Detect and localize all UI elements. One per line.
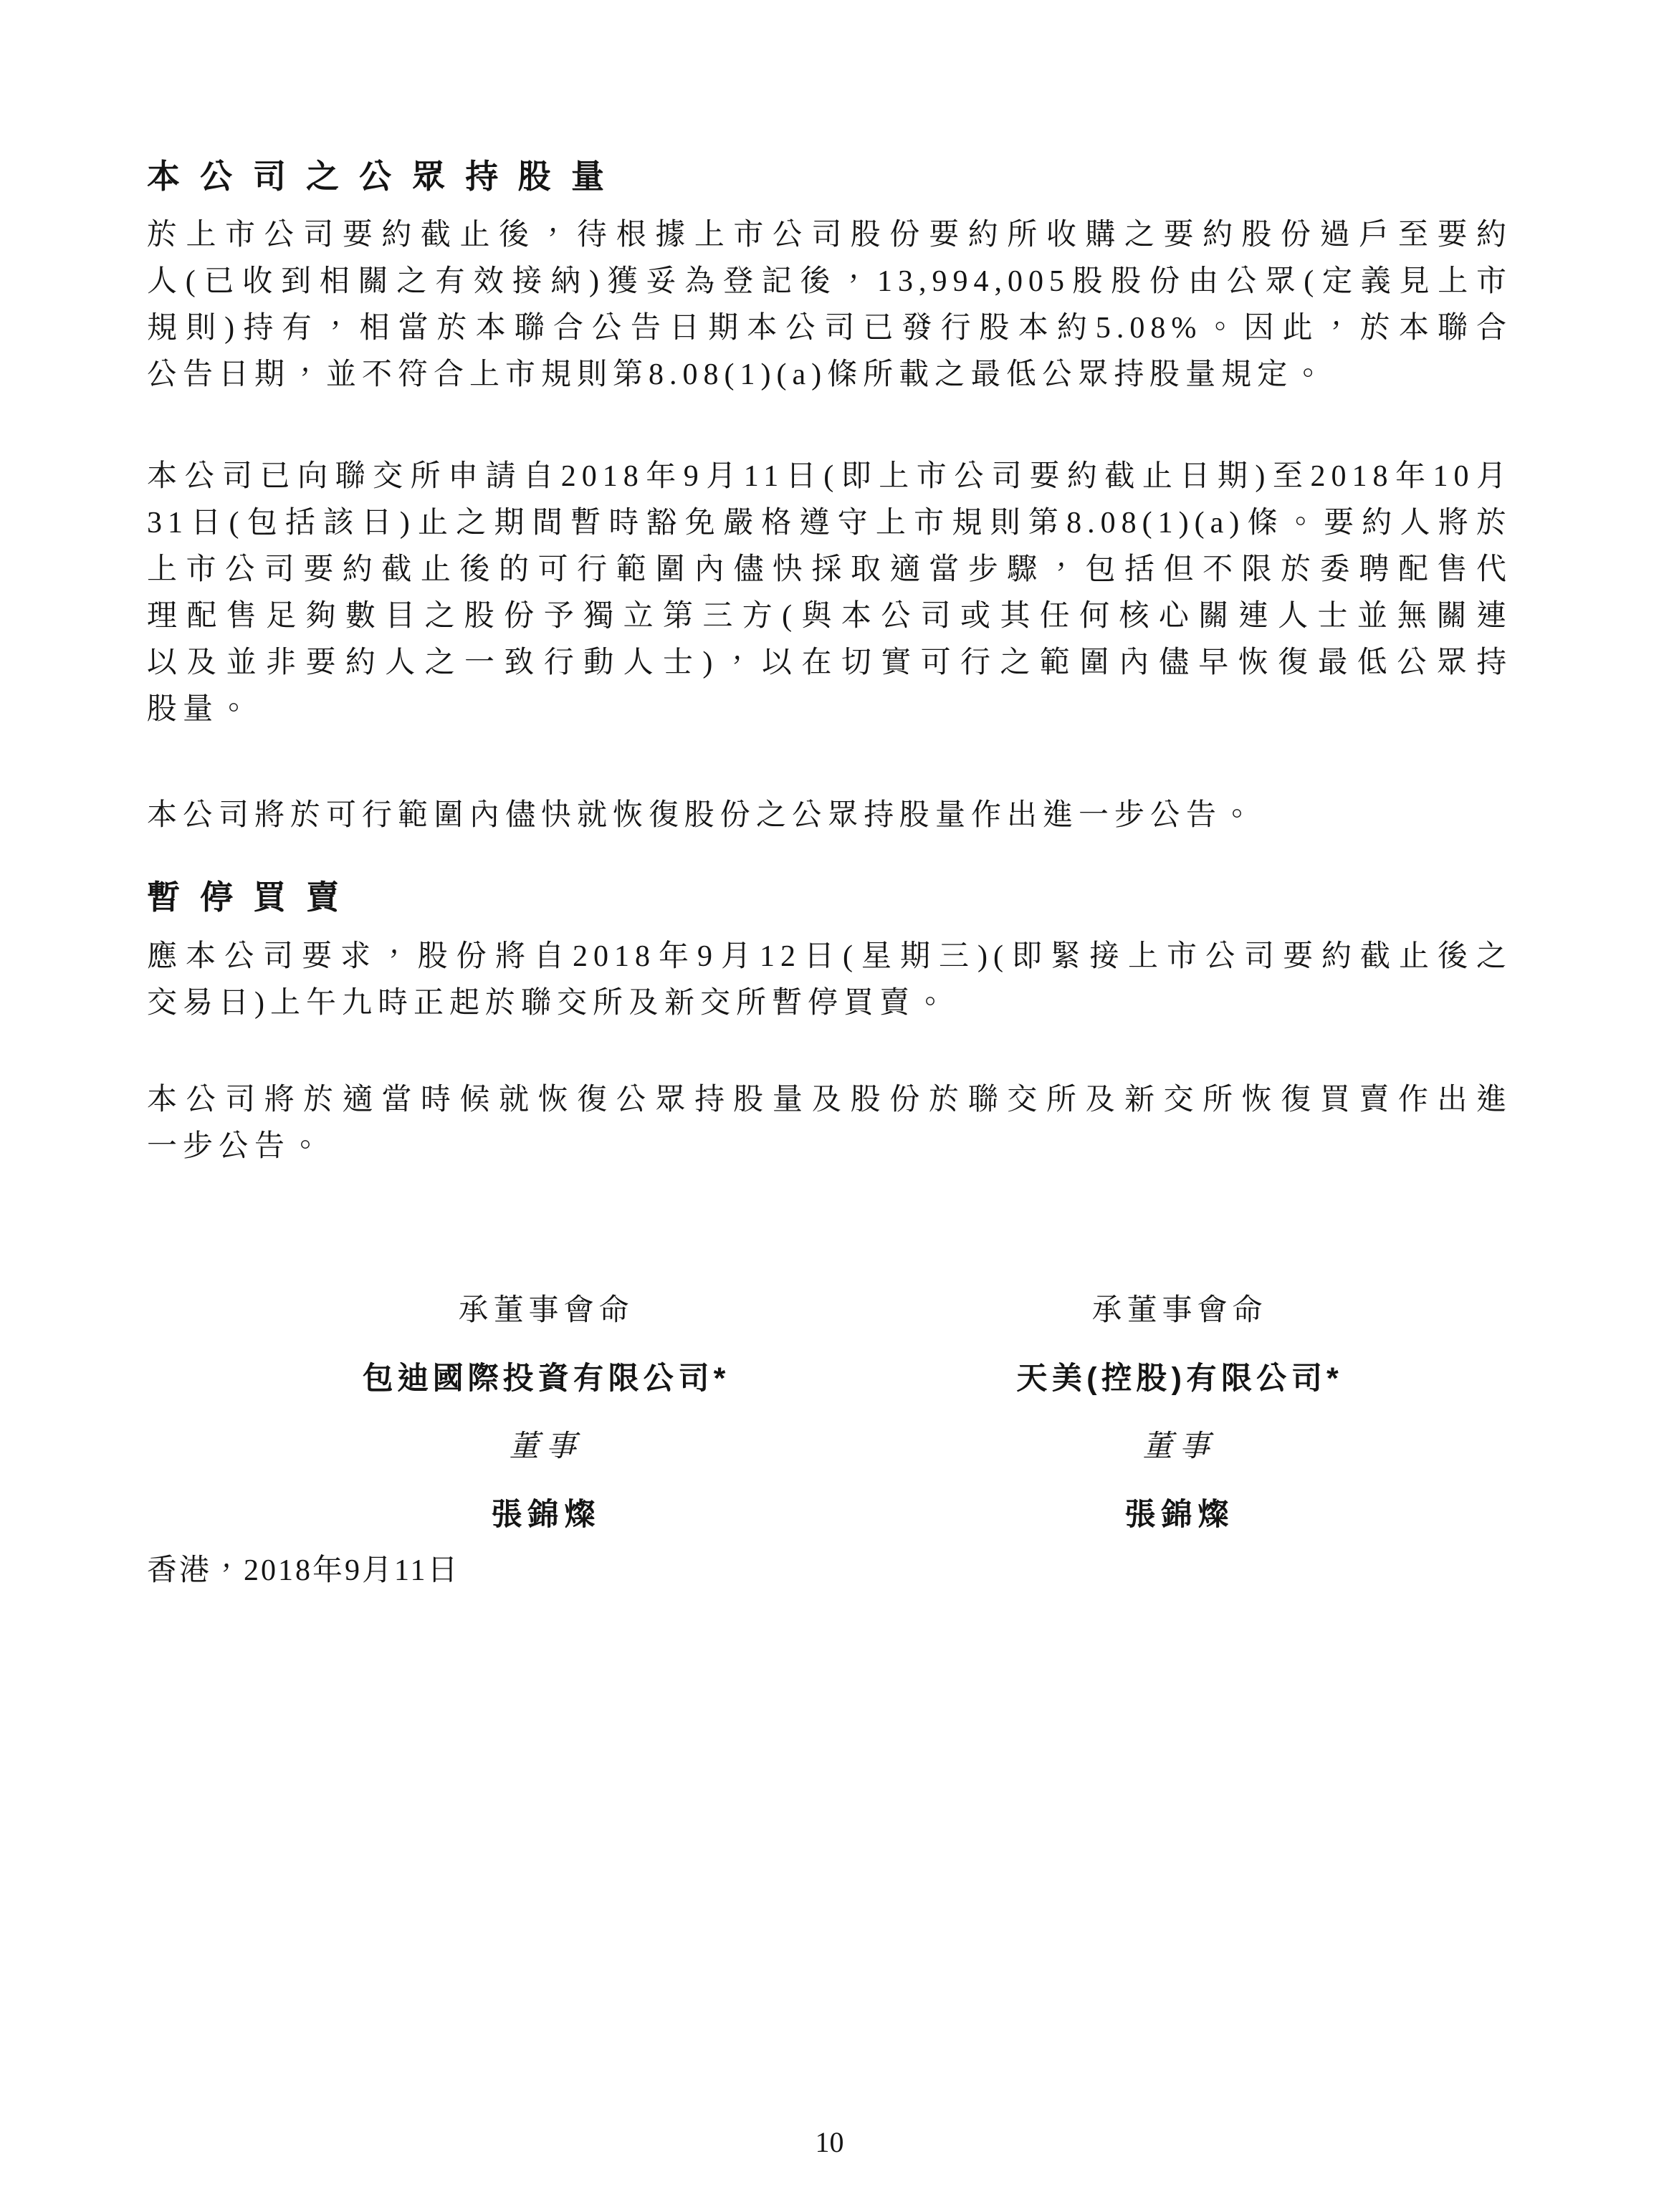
paragraph-public-float-2: 本公司已向聯交所申請自2018年9月11日(即上市公司要約截止日期)至2018年… [147, 454, 1512, 733]
signature-block-right: 承董事會命 天美(控股)有限公司* 董事 張錦燦 [821, 1277, 1538, 1549]
by-order-of-board-label: 承董事會命 [821, 1277, 1538, 1345]
paragraph-line: 人(已收到相關之有效接納)獲妥為登記後，13,994,005股股份由公眾(定義見… [147, 259, 1512, 305]
by-order-of-board-label: 承董事會命 [188, 1277, 904, 1345]
paragraph-line: 本公司將於可行範圍內儘快就恢復股份之公眾持股量作出進一步公告。 [147, 793, 1512, 839]
signatory-title: 董事 [188, 1413, 904, 1481]
paragraph-suspension-2: 本公司將於適當時候就恢復公眾持股量及股份於聯交所及新交所恢復買賣作出進 一步公告… [147, 1077, 1512, 1170]
signatory-name: 張錦燦 [188, 1481, 904, 1549]
paragraph-public-float-3: 本公司將於可行範圍內儘快就恢復股份之公眾持股量作出進一步公告。 [147, 793, 1512, 839]
paragraph-line: 公告日期，並不符合上市規則第8.08(1)(a)條所載之最低公眾持股量規定。 [147, 352, 1512, 398]
dateline: 香港，2018年9月11日 [147, 1548, 459, 1594]
paragraph-line: 一步公告。 [147, 1124, 1512, 1170]
paragraph-line: 本公司已向聯交所申請自2018年9月11日(即上市公司要約截止日期)至2018年… [147, 454, 1512, 500]
section-heading-suspension: 暫停買賣 [147, 876, 1512, 919]
section-heading-public-float: 本公司之公眾持股量 [147, 155, 1512, 198]
paragraph-line: 本公司將於適當時候就恢復公眾持股量及股份於聯交所及新交所恢復買賣作出進 [147, 1077, 1512, 1124]
paragraph-line: 於上市公司要約截止後，待根據上市公司股份要約所收購之要約股份過戶至要約 [147, 212, 1512, 259]
paragraph-line: 31日(包括該日)止之期間暫時豁免嚴格遵守上市規則第8.08(1)(a)條。要約… [147, 500, 1512, 547]
signatory-name: 張錦燦 [821, 1481, 1538, 1549]
paragraph-line: 規則)持有，相當於本聯合公告日期本公司已發行股本約5.08%。因此，於本聯合 [147, 305, 1512, 352]
signatory-title: 董事 [821, 1413, 1538, 1481]
paragraph-line: 交易日)上午九時正起於聯交所及新交所暫停買賣。 [147, 980, 1512, 1027]
paragraph-suspension-1: 應本公司要求，股份將自2018年9月12日(星期三)(即緊接上市公司要約截止後之… [147, 934, 1512, 1027]
document-page: 本公司之公眾持股量 於上市公司要約截止後，待根據上市公司股份要約所收購之要約股份… [0, 0, 1659, 2212]
paragraph-line: 上市公司要約截止後的可行範圍內儘快採取適當步驟，包括但不限於委聘配售代 [147, 547, 1512, 593]
paragraph-line: 應本公司要求，股份將自2018年9月12日(星期三)(即緊接上市公司要約截止後之 [147, 934, 1512, 980]
company-name: 天美(控股)有限公司* [821, 1345, 1538, 1413]
signature-block-left: 承董事會命 包迪國際投資有限公司* 董事 張錦燦 [188, 1277, 904, 1549]
page-number: 10 [0, 2125, 1659, 2159]
paragraph-line: 理配售足夠數目之股份予獨立第三方(與本公司或其任何核心關連人士並無關連 [147, 593, 1512, 640]
paragraph-line: 股量。 [147, 686, 1512, 733]
company-name: 包迪國際投資有限公司* [188, 1345, 904, 1413]
paragraph-line: 以及並非要約人之一致行動人士)，以在切實可行之範圍內儘早恢復最低公眾持 [147, 640, 1512, 686]
paragraph-public-float-1: 於上市公司要約截止後，待根據上市公司股份要約所收購之要約股份過戶至要約 人(已收… [147, 212, 1512, 398]
